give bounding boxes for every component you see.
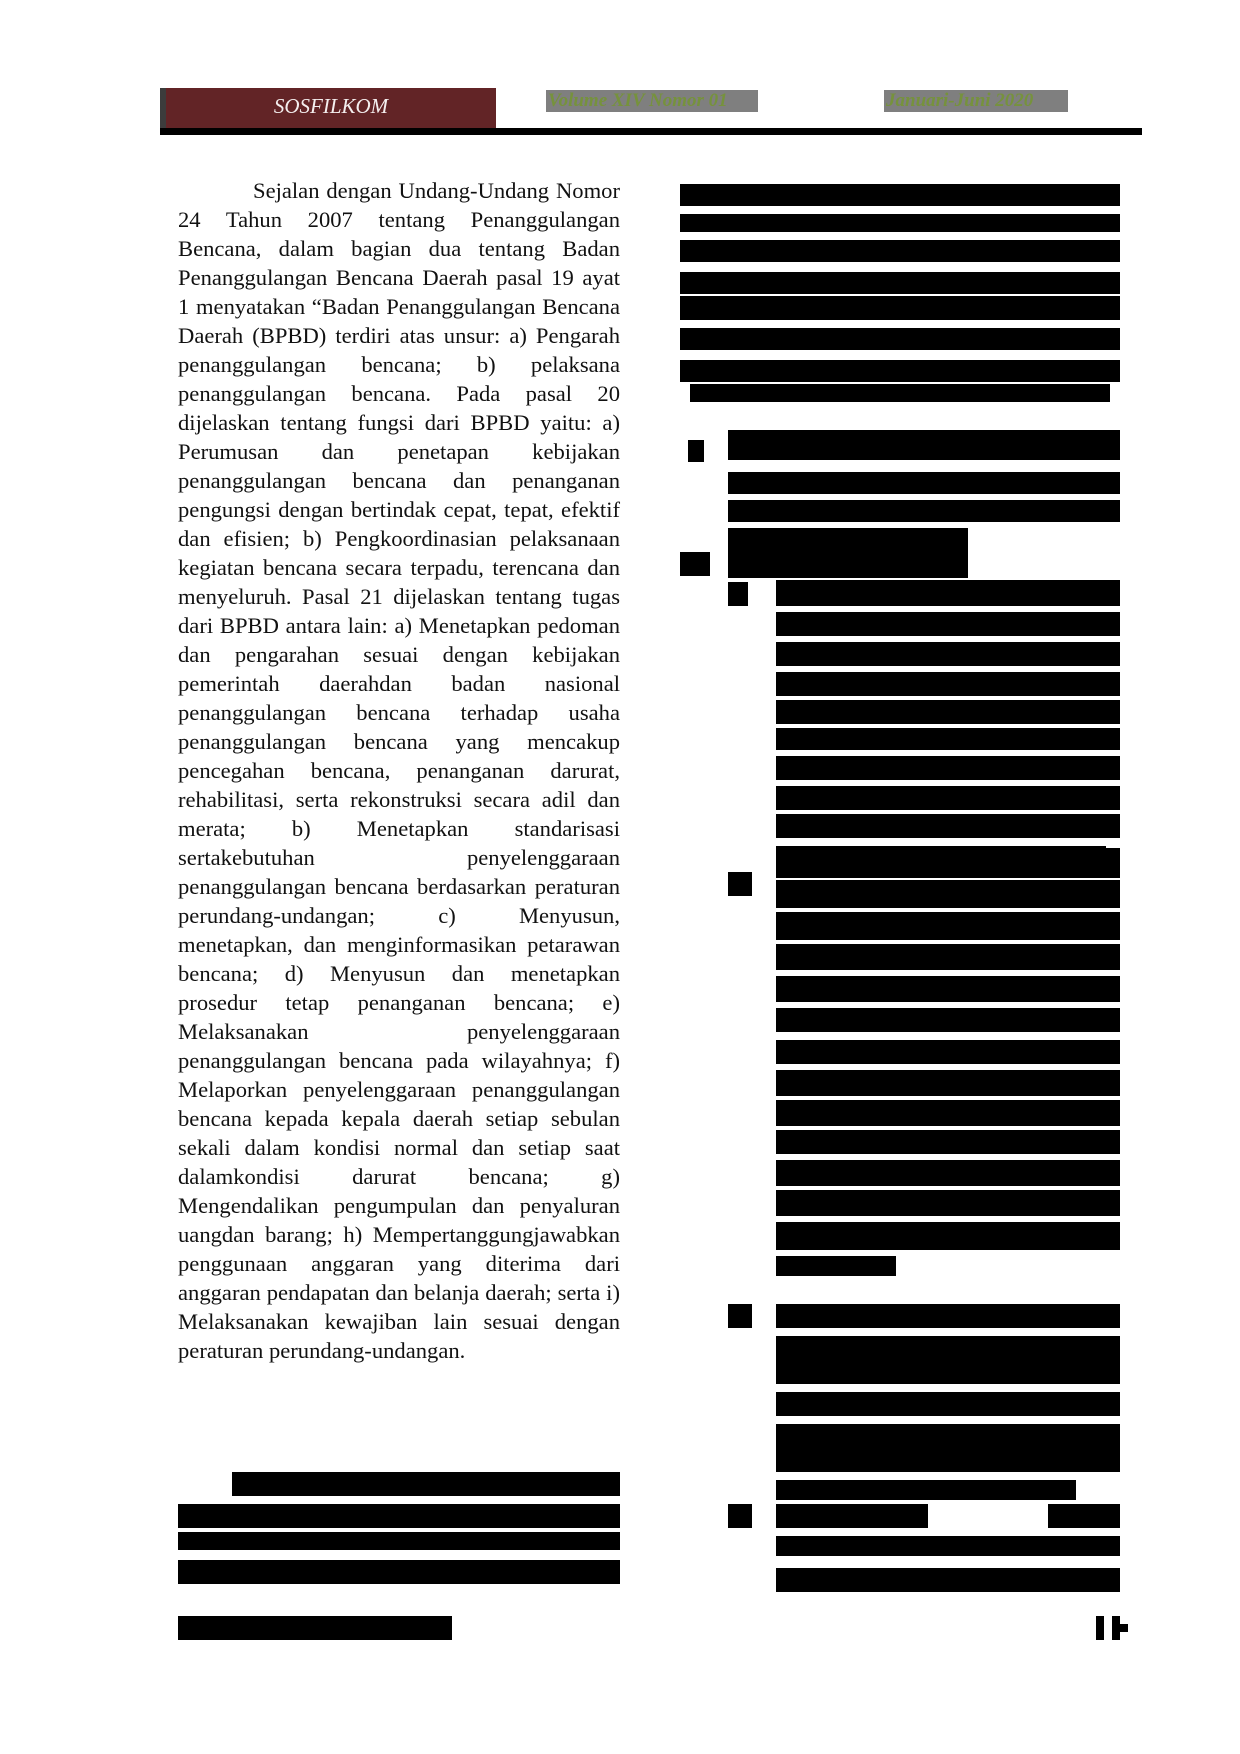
body-paragraph: Sejalan dengan Undang-Undang Nomor 24 Ta… (178, 176, 620, 1365)
footer-redacted (178, 1616, 452, 1640)
sublist-marker (728, 582, 748, 606)
volume-label: Volume XIV Nomor 01 (546, 90, 758, 112)
list-marker-2 (680, 552, 710, 576)
sublist-bullet (728, 1504, 752, 1528)
journal-name-box: SOSFILKOM (160, 88, 496, 128)
header-rule (160, 128, 1142, 135)
sublist-bullet (728, 1304, 752, 1328)
period-label: Januari-Juni 2020 (884, 90, 1068, 112)
left-column: Sejalan dengan Undang-Undang Nomor 24 Ta… (178, 176, 620, 1365)
journal-name: SOSFILKOM (166, 94, 496, 119)
list-marker-1 (688, 440, 704, 462)
sublist-bullet (728, 872, 752, 896)
